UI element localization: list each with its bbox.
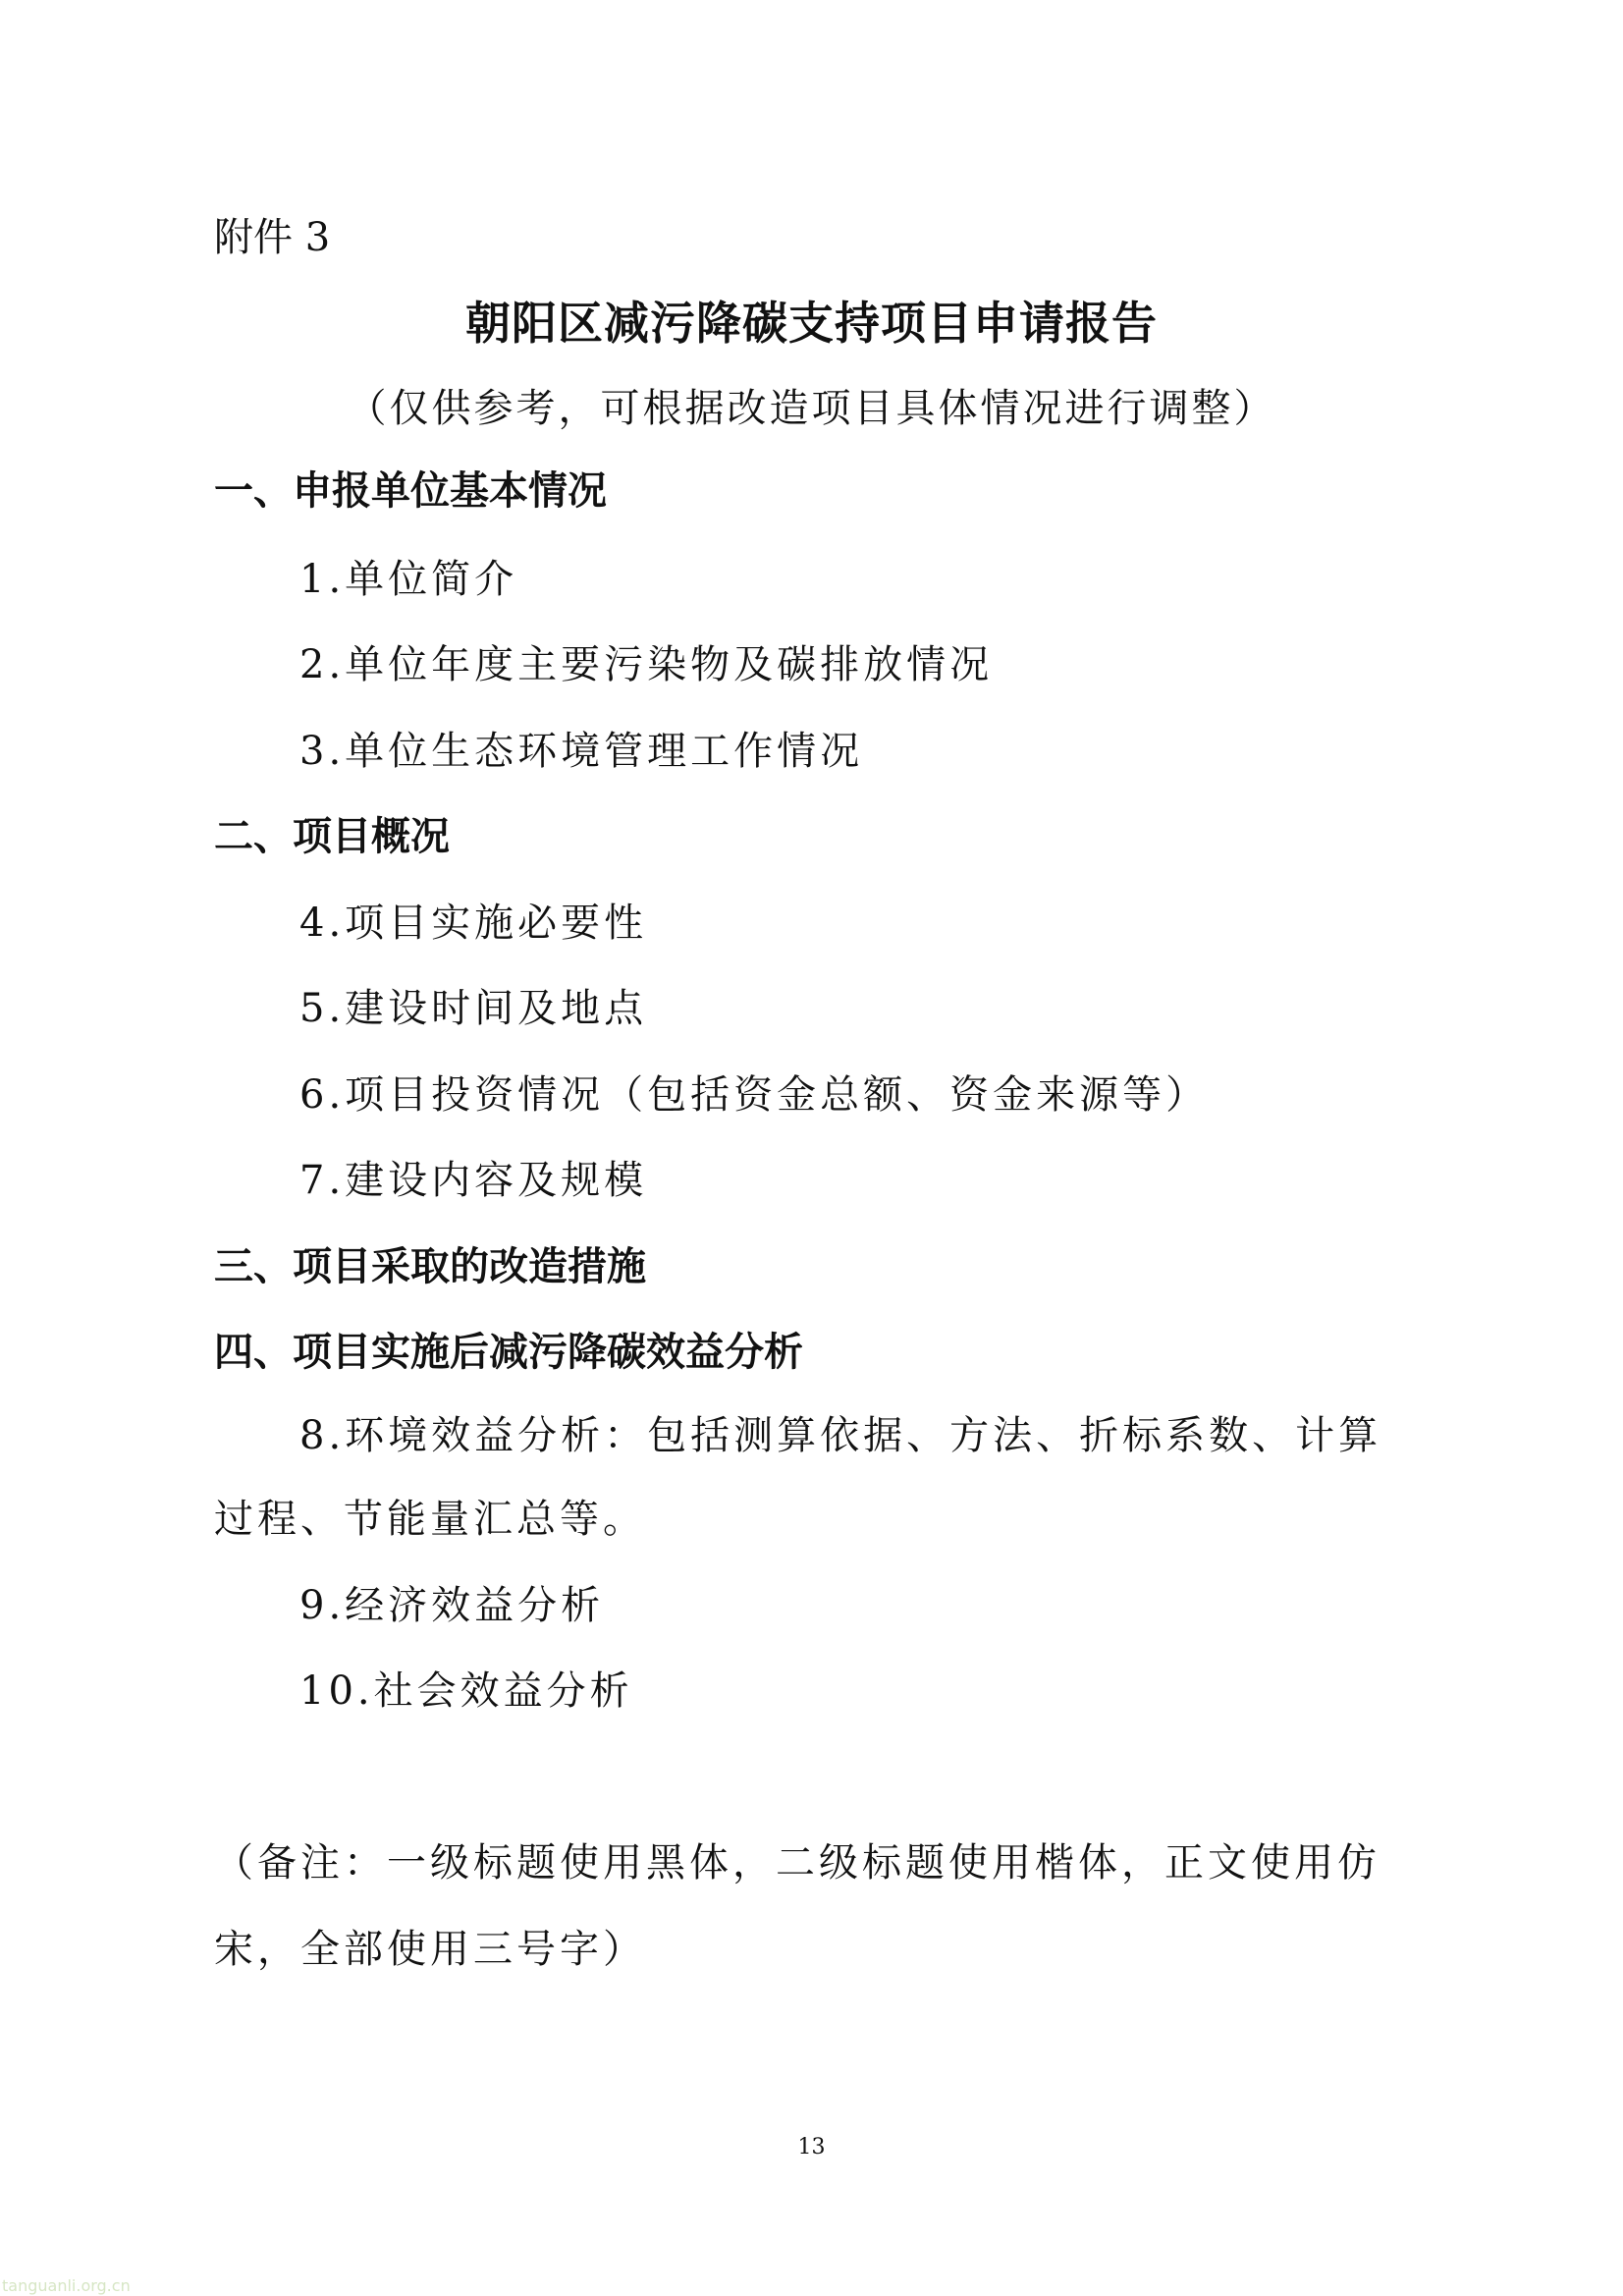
section-heading-1: 一、申报单位基本情况 [214, 471, 607, 511]
document-title: 朝阳区减污降碳支持项目申请报告 [0, 301, 1623, 346]
list-item-4: 4.项目实施必要性 [299, 903, 647, 943]
attachment-label: 附件 3 [214, 218, 330, 257]
note-line-1: （备注：一级标题使用黑体，二级标题使用楷体，正文使用仿 [214, 1843, 1380, 1883]
list-item-10: 10.社会效益分析 [299, 1671, 633, 1711]
watermark: tanguanli.org.cn [2, 2278, 131, 2294]
list-item-6: 6.项目投资情况（包括资金总额、资金来源等） [299, 1075, 1209, 1115]
page-number: 13 [0, 2137, 1623, 2159]
list-item-5: 5.建设时间及地点 [299, 989, 647, 1028]
list-item-7: 7.建设内容及规模 [299, 1161, 647, 1200]
list-item-2: 2.单位年度主要污染物及碳排放情况 [299, 645, 993, 684]
note-line-2: 宋，全部使用三号字） [214, 1930, 646, 1969]
list-item-9: 9.经济效益分析 [299, 1586, 604, 1625]
list-item-8-continuation: 过程、节能量汇总等。 [214, 1500, 646, 1539]
section-heading-4: 四、项目实施后减污降碳效益分析 [214, 1333, 803, 1372]
list-item-8: 8.环境效益分析：包括测算依据、方法、折标系数、计算 [299, 1416, 1381, 1455]
list-item-1: 1.单位简介 [299, 560, 517, 599]
list-item-3: 3.单位生态环境管理工作情况 [299, 732, 863, 771]
document-subtitle: （仅供参考，可根据改造项目具体情况进行调整） [0, 389, 1623, 428]
section-heading-2: 二、项目概况 [214, 817, 450, 856]
section-heading-3: 三、项目采取的改造措施 [214, 1247, 646, 1286]
